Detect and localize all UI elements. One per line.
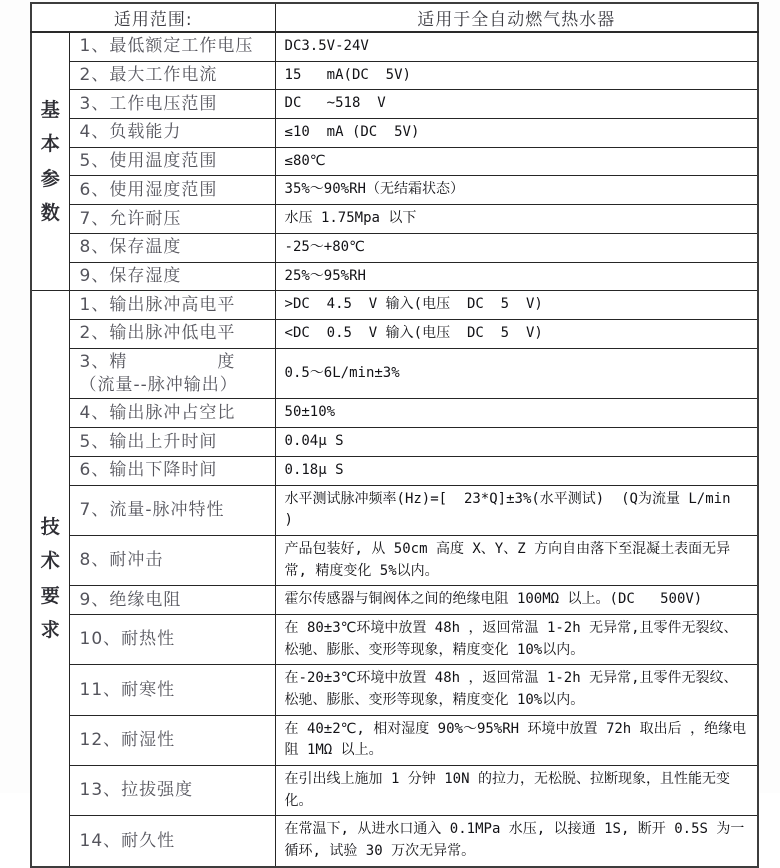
table-row: 技 术 要 求1、输出脉冲高电平>DC 4.5 V 输入(电压 DC 5 V) [31, 291, 758, 320]
row-label: 9、保存湿度 [69, 262, 275, 291]
table-row: 2、输出脉冲低电平<DC 0.5 V 输入(电压 DC 5 V) [31, 319, 758, 348]
row-label: 7、允许耐压 [69, 205, 275, 234]
table-row: 2、最大工作电流15 mA(DC 5V) [31, 61, 758, 90]
row-value: 水压 1.75Mpa 以下 [275, 205, 758, 234]
group-label-text: 基 本 参 数 [41, 93, 60, 230]
table-row: 3、工作电压范围DC ~518 V [31, 90, 758, 119]
row-label: 11、耐寒性 [69, 665, 275, 715]
row-value: DC3.5V-24V [275, 32, 758, 61]
row-label: 14、耐久性 [69, 816, 275, 867]
row-label: 10、耐热性 [69, 614, 275, 664]
table-row: 基 本 参 数1、最低额定工作电压DC3.5V-24V [31, 32, 758, 61]
header-row: 适用范围: 适用于全自动燃气热水器 [31, 3, 758, 32]
table-row: 8、耐冲击产品包装好, 从 50cm 高度 X、Y、Z 方向自由落下至混凝土表面… [31, 535, 758, 585]
row-value: 50±10% [275, 399, 758, 428]
row-value: 0.18μ S [275, 456, 758, 485]
row-value: <DC 0.5 V 输入(电压 DC 5 V) [275, 319, 758, 348]
row-value: ≤80℃ [275, 147, 758, 176]
row-value: >DC 4.5 V 输入(电压 DC 5 V) [275, 291, 758, 320]
row-label: 9、绝缘电阻 [69, 586, 275, 615]
table-row: 11、耐寒性在-20±3℃环境中放置 48h ，返回常温 1-2h 无异常,且零… [31, 665, 758, 715]
table-row: 13、拉拔强度在引出线上施加 1 分钟 10N 的拉力，无松脱、拉断现象，且性能… [31, 766, 758, 816]
table-row: 3、精 度 （流量--脉冲输出）0.5～6L/min±3% [31, 348, 758, 399]
table-row: 9、保存湿度25%～95%RH [31, 262, 758, 291]
row-value: 在引出线上施加 1 分钟 10N 的拉力，无松脱、拉断现象，且性能无变化。 [275, 766, 758, 816]
row-label: 12、耐湿性 [69, 715, 275, 765]
table-row: 8、保存温度-25～+80℃ [31, 233, 758, 262]
table-row: 5、输出上升时间0.04μ S [31, 428, 758, 457]
row-label: 5、使用温度范围 [69, 147, 275, 176]
table-row: 6、输出下降时间0.18μ S [31, 456, 758, 485]
row-label: 13、拉拔强度 [69, 766, 275, 816]
table-row: 12、耐湿性在 40±2℃, 相对湿度 90%～95%RH 环境中放置 72h … [31, 715, 758, 765]
document-page: 适用范围: 适用于全自动燃气热水器 基 本 参 数1、最低额定工作电压DC3.5… [0, 0, 780, 793]
row-value: 15 mA(DC 5V) [275, 61, 758, 90]
scope-value-cell: 适用于全自动燃气热水器 [275, 3, 758, 32]
table-row: 7、允许耐压水压 1.75Mpa 以下 [31, 205, 758, 234]
table-row: 14、耐久性在常温下, 从进水口通入 0.1MPa 水压, 以接通 1S, 断开… [31, 816, 758, 867]
table-row: 7、流量-脉冲特性水平测试脉冲频率(Hz)=[ 23*Q]±3%(水平测试) (… [31, 485, 758, 535]
row-label: 3、精 度 （流量--脉冲输出） [69, 348, 275, 399]
row-label: 5、输出上升时间 [69, 428, 275, 457]
row-label: 8、保存温度 [69, 233, 275, 262]
table-row: 5、使用温度范围≤80℃ [31, 147, 758, 176]
row-value: 35%～90%RH（无结霜状态） [275, 176, 758, 205]
spec-table-body: 基 本 参 数1、最低额定工作电压DC3.5V-24V2、最大工作电流15 mA… [31, 32, 758, 867]
row-label: 4、负载能力 [69, 119, 275, 148]
row-label: 3、工作电压范围 [69, 90, 275, 119]
row-value: DC ~518 V [275, 90, 758, 119]
row-label: 1、最低额定工作电压 [69, 32, 275, 61]
row-value: 在 40±2℃, 相对湿度 90%～95%RH 环境中放置 72h 取出后 ，绝… [275, 715, 758, 765]
table-row: 4、负载能力≤10 mA (DC 5V) [31, 119, 758, 148]
row-label: 2、输出脉冲低电平 [69, 319, 275, 348]
row-value: ≤10 mA (DC 5V) [275, 119, 758, 148]
scope-label-cell: 适用范围: [31, 3, 275, 32]
group-label-text: 技 术 要 求 [41, 510, 60, 647]
row-label: 4、输出脉冲占空比 [69, 399, 275, 428]
table-row: 10、耐热性在 80±3℃环境中放置 48h ，返回常温 1-2h 无异常,且零… [31, 614, 758, 664]
row-value: 水平测试脉冲频率(Hz)=[ 23*Q]±3%(水平测试) (Q为流量 L/mi… [275, 485, 758, 535]
row-value: -25～+80℃ [275, 233, 758, 262]
row-value: 25%～95%RH [275, 262, 758, 291]
row-value: 产品包装好, 从 50cm 高度 X、Y、Z 方向自由落下至混凝土表面无异常, … [275, 535, 758, 585]
table-row: 9、绝缘电阻霍尔传感器与铜阀体之间的绝缘电阻 100MΩ 以上。(DC 500V… [31, 586, 758, 615]
row-label: 6、使用湿度范围 [69, 176, 275, 205]
row-label: 2、最大工作电流 [69, 61, 275, 90]
row-value: 在常温下, 从进水口通入 0.1MPa 水压, 以接通 1S, 断开 0.5S … [275, 816, 758, 867]
spec-table: 适用范围: 适用于全自动燃气热水器 基 本 参 数1、最低额定工作电压DC3.5… [30, 2, 759, 868]
table-row: 4、输出脉冲占空比50±10% [31, 399, 758, 428]
group-cell-technical-requirements: 技 术 要 求 [31, 291, 69, 867]
row-label: 8、耐冲击 [69, 535, 275, 585]
row-label: 1、输出脉冲高电平 [69, 291, 275, 320]
row-label: 6、输出下降时间 [69, 456, 275, 485]
group-cell-basic-parameters: 基 本 参 数 [31, 32, 69, 291]
row-value: 0.5～6L/min±3% [275, 348, 758, 399]
row-value: 在-20±3℃环境中放置 48h ，返回常温 1-2h 无异常,且零件无裂纹、松… [275, 665, 758, 715]
row-label: 7、流量-脉冲特性 [69, 485, 275, 535]
row-value: 0.04μ S [275, 428, 758, 457]
row-value: 霍尔传感器与铜阀体之间的绝缘电阻 100MΩ 以上。(DC 500V) [275, 586, 758, 615]
table-row: 6、使用湿度范围35%～90%RH（无结霜状态） [31, 176, 758, 205]
row-value: 在 80±3℃环境中放置 48h ，返回常温 1-2h 无异常,且零件无裂纹、松… [275, 614, 758, 664]
